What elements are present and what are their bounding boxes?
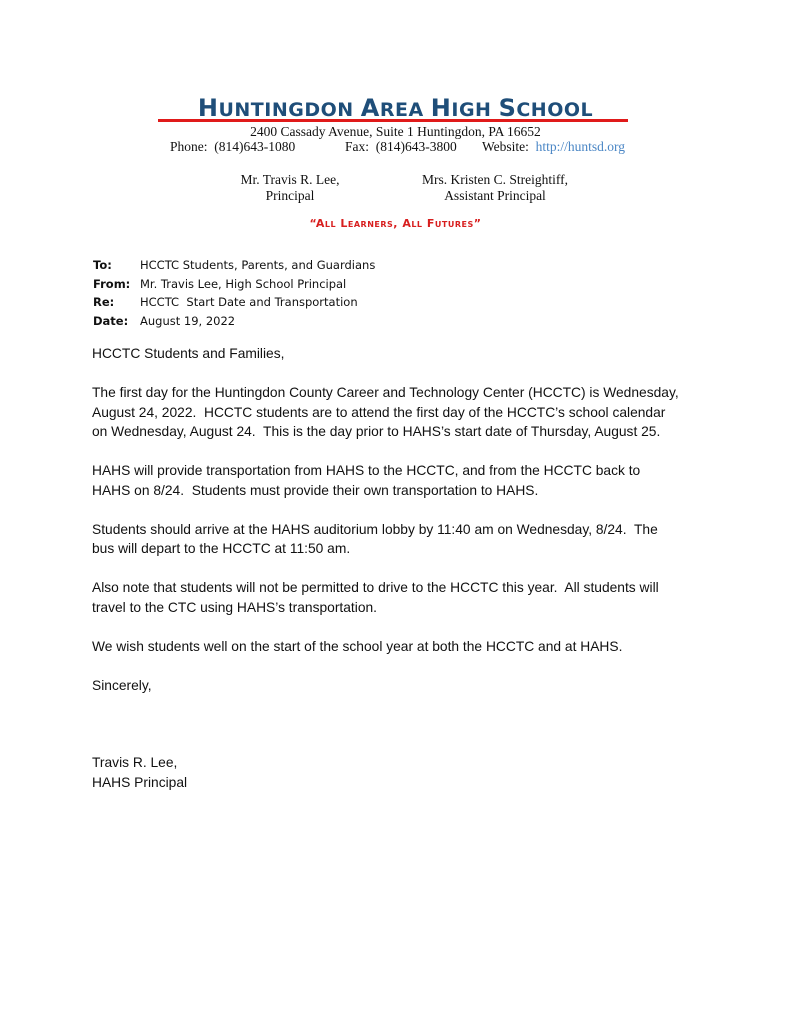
assistant-principal-title: Assistant Principal — [405, 188, 585, 204]
line: August 24, 2022. HCCTC students are to a… — [92, 405, 665, 420]
assistant-principal-block: Mrs. Kristen C. Streightiff, Assistant P… — [405, 172, 585, 204]
line: Students should arrive at the HAHS audit… — [92, 522, 658, 537]
line: HAHS on 8/24. Students must provide thei… — [92, 483, 538, 498]
memo-date-label: Date: — [93, 312, 140, 331]
memo-re-value: HCCTC Start Date and Transportation — [140, 293, 358, 312]
memo-date-row: Date: August 19, 2022 — [93, 312, 375, 331]
signer-name: Travis R. Lee, — [92, 753, 712, 773]
school-name-heading: HUNTINGDON AREA HIGH SCHOOL — [0, 94, 791, 122]
salutation: HCCTC Students and Families, — [92, 344, 712, 364]
paragraph-transportation: HAHS will provide transportation from HA… — [92, 461, 712, 500]
memo-from-row: From: Mr. Travis Lee, High School Princi… — [93, 275, 375, 294]
letter-body: HCCTC Students and Families, The first d… — [92, 344, 712, 792]
memo-to-row: To: HCCTC Students, Parents, and Guardia… — [93, 256, 375, 275]
principal-block: Mr. Travis R. Lee, Principal — [220, 172, 360, 204]
closing: Sincerely, — [92, 676, 712, 696]
paragraph-first-day: The first day for the Huntingdon County … — [92, 383, 712, 442]
line: The first day for the Huntingdon County … — [92, 385, 679, 400]
principal-title: Principal — [220, 188, 360, 204]
school-address: 2400 Cassady Avenue, Suite 1 Huntingdon,… — [0, 124, 791, 140]
paragraph-arrival: Students should arrive at the HAHS audit… — [92, 520, 712, 559]
line: on Wednesday, August 24. This is the day… — [92, 424, 660, 439]
assistant-principal-name: Mrs. Kristen C. Streightiff, — [405, 172, 585, 188]
signature-block: Travis R. Lee, HAHS Principal — [92, 753, 712, 792]
line: bus will depart to the HCCTC at 11:50 am… — [92, 541, 350, 556]
memo-to-label: To: — [93, 256, 140, 275]
memo-date-value: August 19, 2022 — [140, 312, 235, 331]
principal-name: Mr. Travis R. Lee, — [220, 172, 360, 188]
memo-header: To: HCCTC Students, Parents, and Guardia… — [93, 256, 375, 330]
letterhead-divider — [158, 119, 628, 122]
memo-from-label: From: — [93, 275, 140, 294]
signer-title: HAHS Principal — [92, 773, 712, 793]
paragraph-driving: Also note that students will not be perm… — [92, 578, 712, 617]
website-contact: Website: http://huntsd.org — [482, 139, 625, 155]
memo-re-label: Re: — [93, 293, 140, 312]
line: Also note that students will not be perm… — [92, 580, 659, 595]
line: HAHS will provide transportation from HA… — [92, 463, 640, 478]
signature-space — [92, 695, 712, 753]
memo-to-value: HCCTC Students, Parents, and Guardians — [140, 256, 375, 275]
phone-contact: Phone: (814)643-1080 — [170, 139, 295, 155]
memo-from-value: Mr. Travis Lee, High School Principal — [140, 275, 346, 294]
line: travel to the CTC using HAHS’s transport… — [92, 600, 377, 615]
school-motto: “All Learners, All Futures” — [0, 217, 791, 230]
fax-contact: Fax: (814)643-3800 — [345, 139, 457, 155]
website-link[interactable]: http://huntsd.org — [536, 139, 625, 154]
memo-re-row: Re: HCCTC Start Date and Transportation — [93, 293, 375, 312]
paragraph-wishes: We wish students well on the start of th… — [92, 637, 712, 657]
